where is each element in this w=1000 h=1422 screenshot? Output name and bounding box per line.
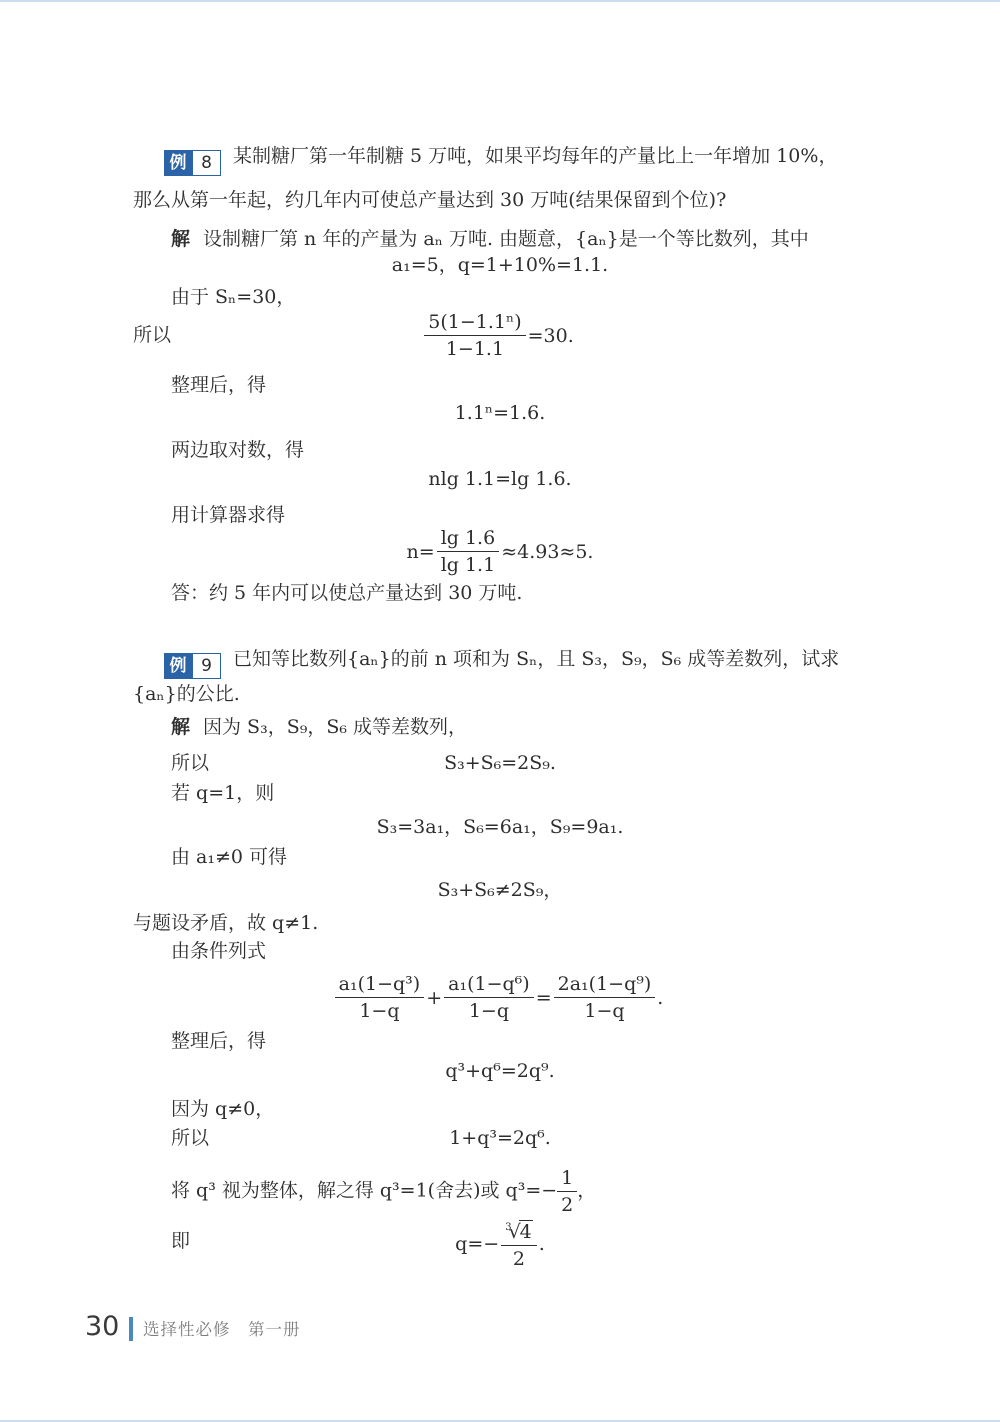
ex8-problem-line-2: 那么从第一年起，约几年内可使总产量达到 30 万吨(结果保留到个位)? [133,187,726,213]
ex9-formula-final: q=−3√42. [0,1216,1000,1271]
solve-label: 解 [171,228,190,250]
ex9-if-q1-line: 若 q=1，则 [171,780,274,806]
ex9-condition-line: 由条件列式 [171,938,266,964]
example-9-badge: 例9 [164,653,221,679]
ex8-calculator-line: 用计算器求得 [171,502,285,528]
ex9-formula-neq: S₃+S₆≠2S₉， [0,877,1000,903]
ex9-solution-intro-text: 因为 S₃，S₉，S₆ 成等差数列， [203,716,467,738]
textbook-page: 例8某制糖厂第一年制糖 5 万吨，如果平均每年的产量比上一年增加 10%， 那么… [0,0,1000,1422]
ex9-problem-text-1: 已知等比数列{aₙ}的前 n 项和为 Sₙ，且 S₃，S₉，S₆ 成等差数列，试… [233,648,839,670]
radical-icon: √ [509,1221,519,1243]
ex9-formula-1q3: 1+q³=2q⁶. [0,1125,1000,1151]
ex9-formula-big: a₁(1−q³)1−q+a₁(1−q⁶)1−q=2a₁(1−q⁹)1−q. [0,972,1000,1023]
fraction: lg 1.6lg 1.1 [437,526,500,577]
ex8-log-line: 两边取对数，得 [171,437,304,463]
ex9-by-a1-line: 由 a₁≠0 可得 [171,844,287,870]
ex9-problem-line-1: 例9已知等比数列{aₙ}的前 n 项和为 Sₙ，且 S₃，S₉，S₆ 成等差数列… [164,646,839,679]
fraction: 12 [557,1166,577,1217]
ex8-since-line: 由于 Sₙ=30， [171,284,295,310]
example-badge-number: 9 [192,653,221,679]
fraction: 5(1−1.1ⁿ)1−1.1 [424,310,525,361]
ex9-treat-whole-line: 将 q³ 视为整体，解之得 q³=1(舍去)或 q³=−12， [171,1166,596,1217]
example-badge-label: 例 [164,653,192,679]
ex8-formula-power: 1.1ⁿ=1.6. [0,400,1000,426]
fraction: a₁(1−q³)1−q [335,972,425,1023]
ex8-solution-intro-text: 设制糖厂第 n 年的产量为 aₙ 万吨. 由题意，{aₙ}是一个等比数列，其中 [203,228,809,250]
example-badge-number: 8 [192,150,221,176]
fraction: 2a₁(1−q⁹)1−q [554,972,656,1023]
ex8-problem-text-1: 某制糖厂第一年制糖 5 万吨，如果平均每年的产量比上一年增加 10%， [233,145,837,167]
page-top-border [0,0,1000,2]
ex8-formula-sum: 5(1−1.1ⁿ)1−1.1=30. [0,310,1000,361]
ex9-because-q0-line: 因为 q≠0， [171,1096,274,1122]
ex8-simplify-line: 整理后，得 [171,372,266,398]
example-8-badge: 例8 [164,150,221,176]
ex8-formula-initial: a₁=5，q=1+10%=1.1. [0,252,1000,278]
ex9-formula-q369: q³+q⁶=2q⁹. [0,1058,1000,1084]
ex8-problem-line-1: 例8某制糖厂第一年制糖 5 万吨，如果平均每年的产量比上一年增加 10%， [164,143,837,176]
ex9-solution-intro: 解因为 S₃，S₉，S₆ 成等差数列， [171,714,467,740]
example-badge-label: 例 [164,150,192,176]
cube-root: 3√4 [501,1216,537,1246]
fraction: 3√42 [501,1216,537,1271]
ex8-solution-intro: 解设制糖厂第 n 年的产量为 aₙ 万吨. 由题意，{aₙ}是一个等比数列，其中 [171,226,809,252]
ex9-formula-q1: S₃=3a₁，S₆=6a₁，S₉=9a₁. [0,814,1000,840]
ex9-simplify-line: 整理后，得 [171,1028,266,1054]
ex8-answer-line: 答：约 5 年内可以使总产量达到 30 万吨. [171,580,522,606]
book-title: 选择性必修 第一册 [143,1320,301,1340]
ex9-problem-line-2: {aₙ}的公比. [133,681,240,707]
ex8-formula-log: nlg 1.1=lg 1.6. [0,466,1000,492]
footer-divider-bar [129,1317,133,1341]
ex9-contradiction-line: 与题设矛盾，故 q≠1. [133,910,318,936]
page-number: 30 [85,1312,119,1342]
ex8-formula-n: n=lg 1.6lg 1.1≈4.93≈5. [0,526,1000,577]
fraction: a₁(1−q⁶)1−q [444,972,534,1023]
solve-label: 解 [171,716,190,738]
ex9-formula-arith: S₃+S₆=2S₉. [0,750,1000,776]
